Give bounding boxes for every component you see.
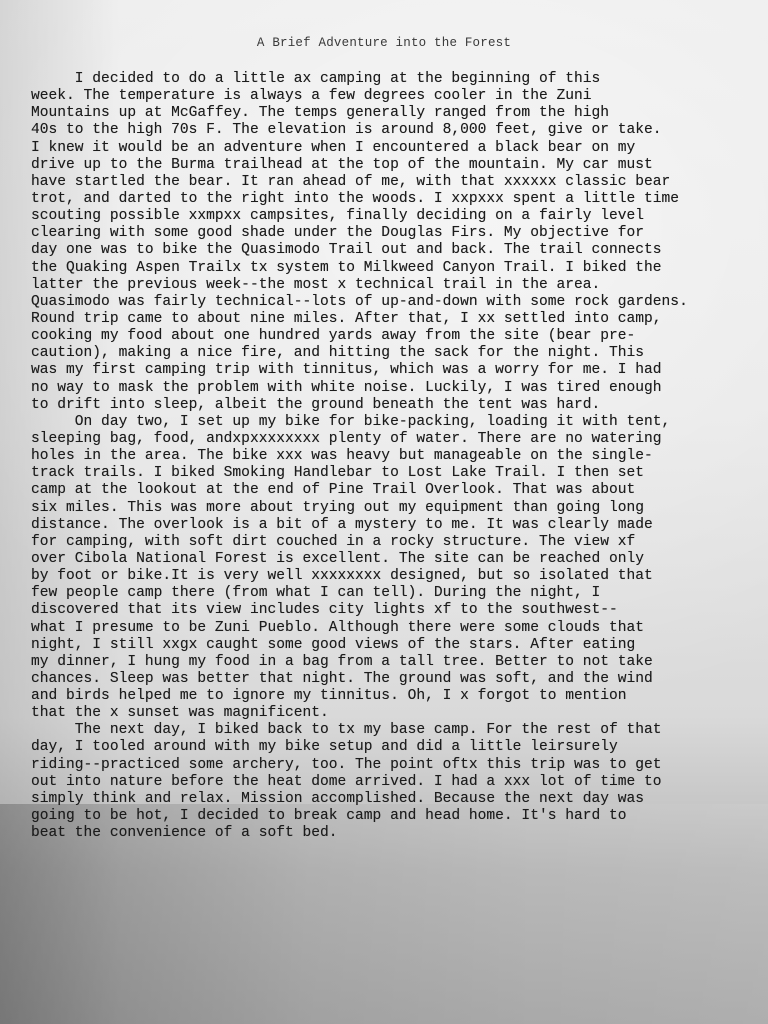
text-line: camp at the lookout at the end of Pine T…: [31, 482, 761, 499]
text-line: over Cibola National Forest is excellent…: [31, 551, 761, 568]
text-line: Quasimodo was fairly technical--lots of …: [31, 294, 761, 311]
text-line: day, I tooled around with my bike setup …: [31, 739, 761, 756]
text-line: day one was to bike the Quasimodo Trail …: [31, 242, 761, 259]
text-line: Round trip came to about nine miles. Aft…: [31, 311, 761, 328]
text-line: no way to mask the problem with white no…: [31, 380, 761, 397]
text-line: discovered that its view includes city l…: [31, 602, 761, 619]
text-line: I decided to do a little ax camping at t…: [31, 71, 761, 88]
text-line: riding--practiced some archery, too. The…: [31, 757, 761, 774]
text-line: and birds helped me to ignore my tinnitu…: [31, 688, 761, 705]
text-line: six miles. This was more about trying ou…: [31, 500, 761, 517]
text-line: by foot or bike.It is very well xxxxxxxx…: [31, 568, 761, 585]
text-line: the Quaking Aspen Trailx tx system to Mi…: [31, 260, 761, 277]
text-line: holes in the area. The bike xxx was heav…: [31, 448, 761, 465]
text-line: latter the previous week--the most x tec…: [31, 277, 761, 294]
text-line: what I presume to be Zuni Pueblo. Althou…: [31, 620, 761, 637]
text-line: cooking my food about one hundred yards …: [31, 328, 761, 345]
text-line: that the x sunset was magnificent.: [31, 705, 761, 722]
text-line: The next day, I biked back to tx my base…: [31, 722, 761, 739]
text-line: clearing with some good shade under the …: [31, 225, 761, 242]
text-line: trot, and darted to the right into the w…: [31, 191, 761, 208]
text-line: beat the convenience of a soft bed.: [31, 825, 761, 842]
document-body: I decided to do a little ax camping at t…: [31, 71, 761, 842]
typewritten-page: A Brief Adventure into the Forest I deci…: [0, 0, 768, 1024]
text-line: On day two, I set up my bike for bike-pa…: [31, 414, 761, 431]
text-line: was my first camping trip with tinnitus,…: [31, 362, 761, 379]
text-line: caution), making a nice fire, and hittin…: [31, 345, 761, 362]
text-line: have startled the bear. It ran ahead of …: [31, 174, 761, 191]
document-title: A Brief Adventure into the Forest: [0, 36, 768, 50]
text-line: out into nature before the heat dome arr…: [31, 774, 761, 791]
text-line: Mountains up at McGaffey. The temps gene…: [31, 105, 761, 122]
text-line: sleeping bag, food, andxpxxxxxxxx plenty…: [31, 431, 761, 448]
text-line: scouting possible xxmpxx campsites, fina…: [31, 208, 761, 225]
text-line: week. The temperature is always a few de…: [31, 88, 761, 105]
text-line: for camping, with soft dirt couched in a…: [31, 534, 761, 551]
text-line: night, I still xxgx caught some good vie…: [31, 637, 761, 654]
text-line: chances. Sleep was better that night. Th…: [31, 671, 761, 688]
text-line: going to be hot, I decided to break camp…: [31, 808, 761, 825]
text-line: few people camp there (from what I can t…: [31, 585, 761, 602]
text-line: 40s to the high 70s F. The elevation is …: [31, 122, 761, 139]
text-line: drive up to the Burma trailhead at the t…: [31, 157, 761, 174]
text-line: to drift into sleep, albeit the ground b…: [31, 397, 761, 414]
text-line: I knew it would be an adventure when I e…: [31, 140, 761, 157]
text-line: track trails. I biked Smoking Handlebar …: [31, 465, 761, 482]
text-line: my dinner, I hung my food in a bag from …: [31, 654, 761, 671]
text-line: distance. The overlook is a bit of a mys…: [31, 517, 761, 534]
text-line: simply think and relax. Mission accompli…: [31, 791, 761, 808]
